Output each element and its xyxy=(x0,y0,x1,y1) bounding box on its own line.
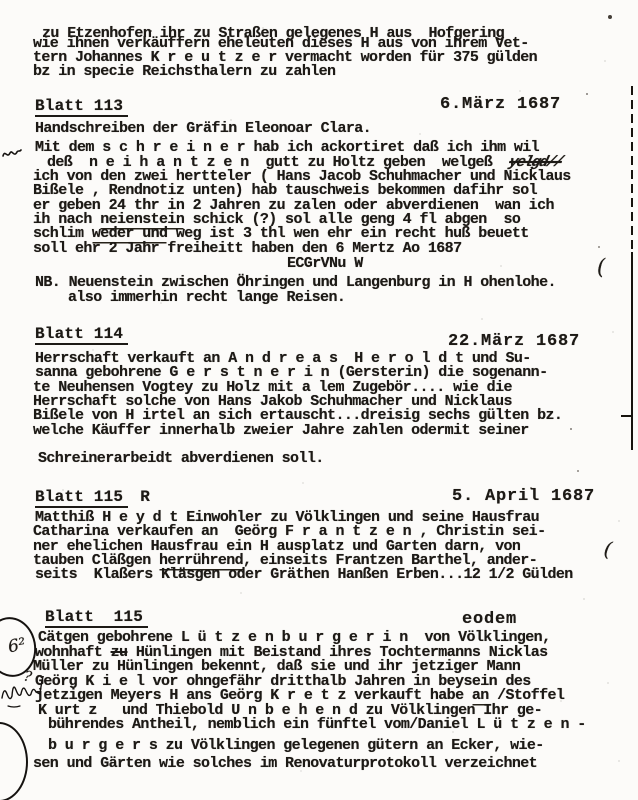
margin-cursive-note xyxy=(0,676,44,710)
blatt-114-line-7: Schreinerarbeidt abverdienen soll. xyxy=(38,452,324,466)
margin-squiggle-mark xyxy=(2,146,22,162)
blatt-115r-heading-text: Blatt 115 xyxy=(35,490,128,508)
blatt-113-subheading: Handschreiben der Gräfin Eleonoar Clara. xyxy=(35,122,371,136)
scan-edge-line-solid xyxy=(631,252,633,450)
blatt-115r-heading: Blatt 115R xyxy=(35,490,150,508)
blatt-115-heading: Blatt 115 xyxy=(45,610,148,628)
right-paren-mark-2: ( xyxy=(602,537,613,562)
blatt-113-heading-text: Blatt 113 xyxy=(35,99,128,117)
scan-edge-tick xyxy=(621,415,633,417)
blatt-114-heading-text: Blatt 114 xyxy=(35,327,128,345)
right-paren-mark-1: ( xyxy=(597,255,605,279)
blatt-113-line-7: schlim weder und weg ist 3 thl wen ehr e… xyxy=(33,227,529,241)
margin-partial-circle xyxy=(0,722,28,800)
blatt-113-date: 6.März 1687 xyxy=(440,97,561,113)
blatt-113-nota-bene-1: NB. Neuenstein zwischen Öhringen und Lan… xyxy=(35,276,556,290)
blatt-115-line-9: sen und Gärten wie solches im Renovaturp… xyxy=(33,757,537,771)
blatt-115-line-1: Cätgen gebohrene L ü t z e n b u r g e r… xyxy=(38,631,551,645)
blatt-115-heading-text: Blatt 115 xyxy=(45,610,148,628)
blatt-113-heading: Blatt 113 xyxy=(35,99,128,117)
blatt-114-line-5: Bißele von H irtel an sich ertauscht...d… xyxy=(33,409,562,423)
blatt-115-date: eodem xyxy=(462,612,517,628)
blatt-114-heading: Blatt 114 xyxy=(35,327,128,345)
blatt-115r-line-5: seits Klaßers Kläsgen oder Gräthen Hanße… xyxy=(35,568,573,582)
blatt-113-line-1: Mit dem s c h r e i n e r hab ich ackort… xyxy=(35,141,539,155)
margin-circled-number-text: 6² xyxy=(0,635,27,660)
blatt-115-line-3: Müller zu Hünlingen bekennt, daß sie und… xyxy=(33,660,520,674)
blatt-113-line-4: Bißele , Rendnotiz unten) hab tauschweis… xyxy=(33,184,537,198)
blatt-115r-heading-suffix: R xyxy=(140,488,150,506)
blatt-113-nota-bene-2: also immerhin recht lange Reisen. xyxy=(68,291,345,305)
blatt-115r-line-2: Catharina verkaufen an Geörg F r a n t z… xyxy=(33,525,546,539)
scan-edge-line-dashed xyxy=(631,86,633,252)
scanned-document-page: zu Etzenhofen ihr zu Straßen gelegenes H… xyxy=(0,0,638,800)
scan-noise-dots xyxy=(0,0,2,2)
blatt-114-line-2: sanna gebohrene G e r s t n e r i n (Ger… xyxy=(35,366,548,380)
blatt-115-line-7: bührendes Antheil, nemblich ein fünftel … xyxy=(48,718,586,732)
blatt-115-line-5: jetzigen Meyers H ans Geörg K r e t z ve… xyxy=(35,689,564,703)
blatt-114-line-6: welche Käuffer innerhalb zweier Jahre za… xyxy=(33,424,529,438)
intro-line-4: bz in specie Reichsthalern zu zahlen xyxy=(33,65,335,79)
blatt-114-date: 22.März 1687 xyxy=(448,334,580,350)
blatt-113-signature: ECGrVNu W xyxy=(287,257,363,271)
blatt-113-line-8: soll ehr 2 Jahr freiheitt haben den 6 Me… xyxy=(33,242,461,256)
blatt-115-line-8: b u r g e r s zu Völklingen gelegenen gü… xyxy=(48,739,544,753)
blatt-115r-date: 5. April 1687 xyxy=(452,489,595,505)
